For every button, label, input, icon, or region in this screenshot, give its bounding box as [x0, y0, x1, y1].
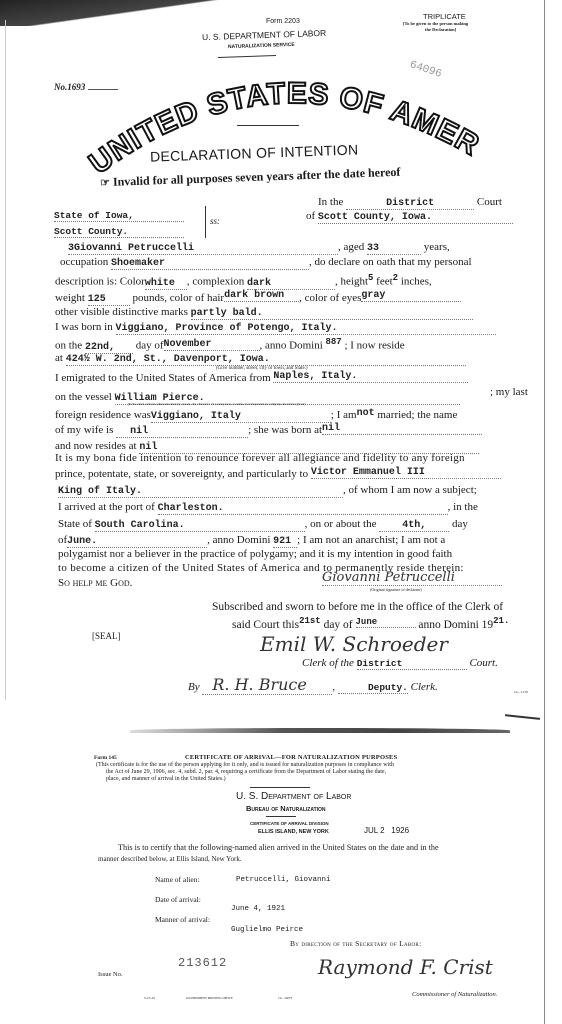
- issue-number-label: Issue No.: [98, 971, 123, 978]
- declarant-name: 3Giovanni Petruccelli: [68, 243, 338, 255]
- certificate-title: CERTIFICATE OF ARRIVAL—FOR NATURALIZATIO…: [185, 754, 397, 761]
- jurat-date-line: said Court this21st day of June anno Dom…: [232, 616, 509, 631]
- footer-code-2: GOVERNMENT PRINTING OFFICE: [186, 996, 233, 1000]
- arrival-date: June 4, 1921: [231, 905, 285, 913]
- page-edge-left: [5, 20, 6, 700]
- copy-type: TRIPLICATE: [423, 12, 466, 21]
- so-help-me-god: So help me God.: [58, 577, 132, 589]
- certificate-bureau: Bureau of Naturalization: [246, 804, 326, 813]
- renounce-text-1: It is my bona fide intention to renounce…: [55, 452, 465, 464]
- date-stamp: JUL 2 1926: [364, 826, 409, 835]
- alien-name-label: Name of alien:: [155, 875, 200, 884]
- arrival-month-line: ofJune., anno Domini 921; I am not an an…: [58, 534, 445, 548]
- court-type-field: District: [346, 198, 474, 210]
- department-heading: U. S. DEPARTMENT OF LABOR: [202, 28, 326, 42]
- sovereign-line: prince, potentate, state, or sovereignty…: [55, 467, 501, 480]
- footer-code-1: 5-13-25: [144, 996, 155, 1000]
- wife-line: of my wife is nil; she was born atnil: [55, 423, 482, 438]
- page-fold-shadow: [130, 728, 510, 733]
- occupation-line: occupation Shoemaker, do declare on oath…: [60, 256, 472, 270]
- certificate-note-3: place, and manner of arrival in the Unit…: [106, 776, 226, 782]
- arrival-date-label: Date of arrival:: [155, 895, 201, 904]
- service-heading: NATURALIZATION SERVICE: [228, 42, 295, 50]
- name-line: 3Giovanni Petruccelli, aged 33 years,: [68, 241, 450, 255]
- form-number: Form 2203: [266, 18, 300, 25]
- issue-number: 213612: [178, 956, 227, 970]
- sovereign-title-line: King of Italy., of whom I am now a subje…: [58, 484, 477, 498]
- certificate-form-number: Form 145: [94, 755, 117, 761]
- county-field: Scott County.: [54, 226, 184, 238]
- age-field: 33: [367, 243, 421, 255]
- jurat-print-code: 14—1176: [514, 690, 528, 694]
- residence-line: at 424½ W. 2nd, St., Davenport, Iowa.: [55, 352, 466, 366]
- arrival-manner: Guglielmo Peirce: [231, 926, 303, 934]
- commissioner-signature: Raymond F. Crist: [318, 955, 493, 979]
- cert-rule-1: [250, 787, 310, 788]
- court-location-line: of Scott County, Iowa.: [306, 210, 513, 224]
- foreign-residence-line: foreign residence wasViggiano, Italy; I …: [55, 408, 457, 423]
- copy-note-1: [To be given to the person making: [403, 21, 468, 26]
- clerk-of-line: Clerk of the District Court.: [302, 657, 498, 670]
- state-field: State of Iowa,: [54, 210, 184, 222]
- court-line: In the District Court: [318, 196, 502, 210]
- alien-name: Petruccelli, Giovanni: [236, 876, 331, 884]
- jurat-text: Subscribed and sworn to before me in the…: [212, 601, 503, 613]
- cert-rule-2: [266, 816, 296, 817]
- certificate-division: CERTIFICATE OF ARRIVAL DIVISION: [250, 821, 329, 826]
- footer-code-3: 14—9973: [278, 996, 292, 1000]
- header-rule: [218, 55, 276, 58]
- svg-text:UNITED STATES OF AMERICA: UNITED STATES OF AMERICA: [70, 60, 485, 181]
- corner-curl: [505, 714, 540, 720]
- direction-text: By direction of the Secretary of Labor:: [290, 939, 421, 948]
- description-line: description is: Colorwhite, complexion d…: [55, 273, 432, 290]
- clerk-signature: Emil W. Schroeder: [260, 632, 448, 656]
- arrival-state-line: State of South Carolina., on or about th…: [58, 518, 468, 532]
- marks-line: other visible distinctive marks partly b…: [55, 306, 473, 320]
- deputy-line: By R. H. Bruce, Deputy. Clerk.: [188, 675, 438, 695]
- polygamist-text: polygamist nor a believer in the practic…: [58, 548, 452, 560]
- bracket: [205, 206, 206, 238]
- arrival-manner-label: Manner of arrival:: [155, 915, 210, 924]
- declarant-signature: Giovanni Petruccelli: [322, 570, 502, 586]
- certify-text-2: manner described below, at Ellis Island,…: [98, 855, 242, 863]
- certificate-note-1: (This certificate is for the use of the …: [96, 762, 394, 768]
- certificate-note-2: the Act of June 29, 1906, sec. 4, subd. …: [106, 769, 386, 775]
- signature-hint: (Original signature of declarant): [370, 587, 422, 592]
- page-edge-right: [544, 0, 545, 1024]
- certificate-location: ELLIS ISLAND, NEW YORK: [258, 829, 329, 835]
- my-last-label: ; my last: [490, 386, 528, 398]
- pointing-hand-icon: ☞: [100, 177, 110, 189]
- copy-note-2: the Declaration]: [425, 27, 456, 32]
- emigrated-line: I emigrated to the United States of Amer…: [55, 371, 468, 384]
- seal-label: [SEAL]: [92, 631, 121, 641]
- commissioner-title: Commissioner of Naturalization.: [412, 991, 497, 998]
- ss-label: ss:: [210, 216, 220, 226]
- vessel-hint: (If the alien arrived otherwise than by …: [128, 402, 305, 406]
- title-rule: [237, 125, 299, 126]
- certificate-department: U. S. Department of Labor: [236, 791, 351, 802]
- birthplace-line: I was born in Viggiano, Province of Pote…: [55, 321, 496, 335]
- weight-line: weight 125 pounds, color of hairdark bro…: [55, 290, 461, 306]
- certify-text-1: This is to certify that the following-na…: [118, 843, 439, 852]
- port-line: I arrived at the port of Charleston., in…: [58, 501, 478, 515]
